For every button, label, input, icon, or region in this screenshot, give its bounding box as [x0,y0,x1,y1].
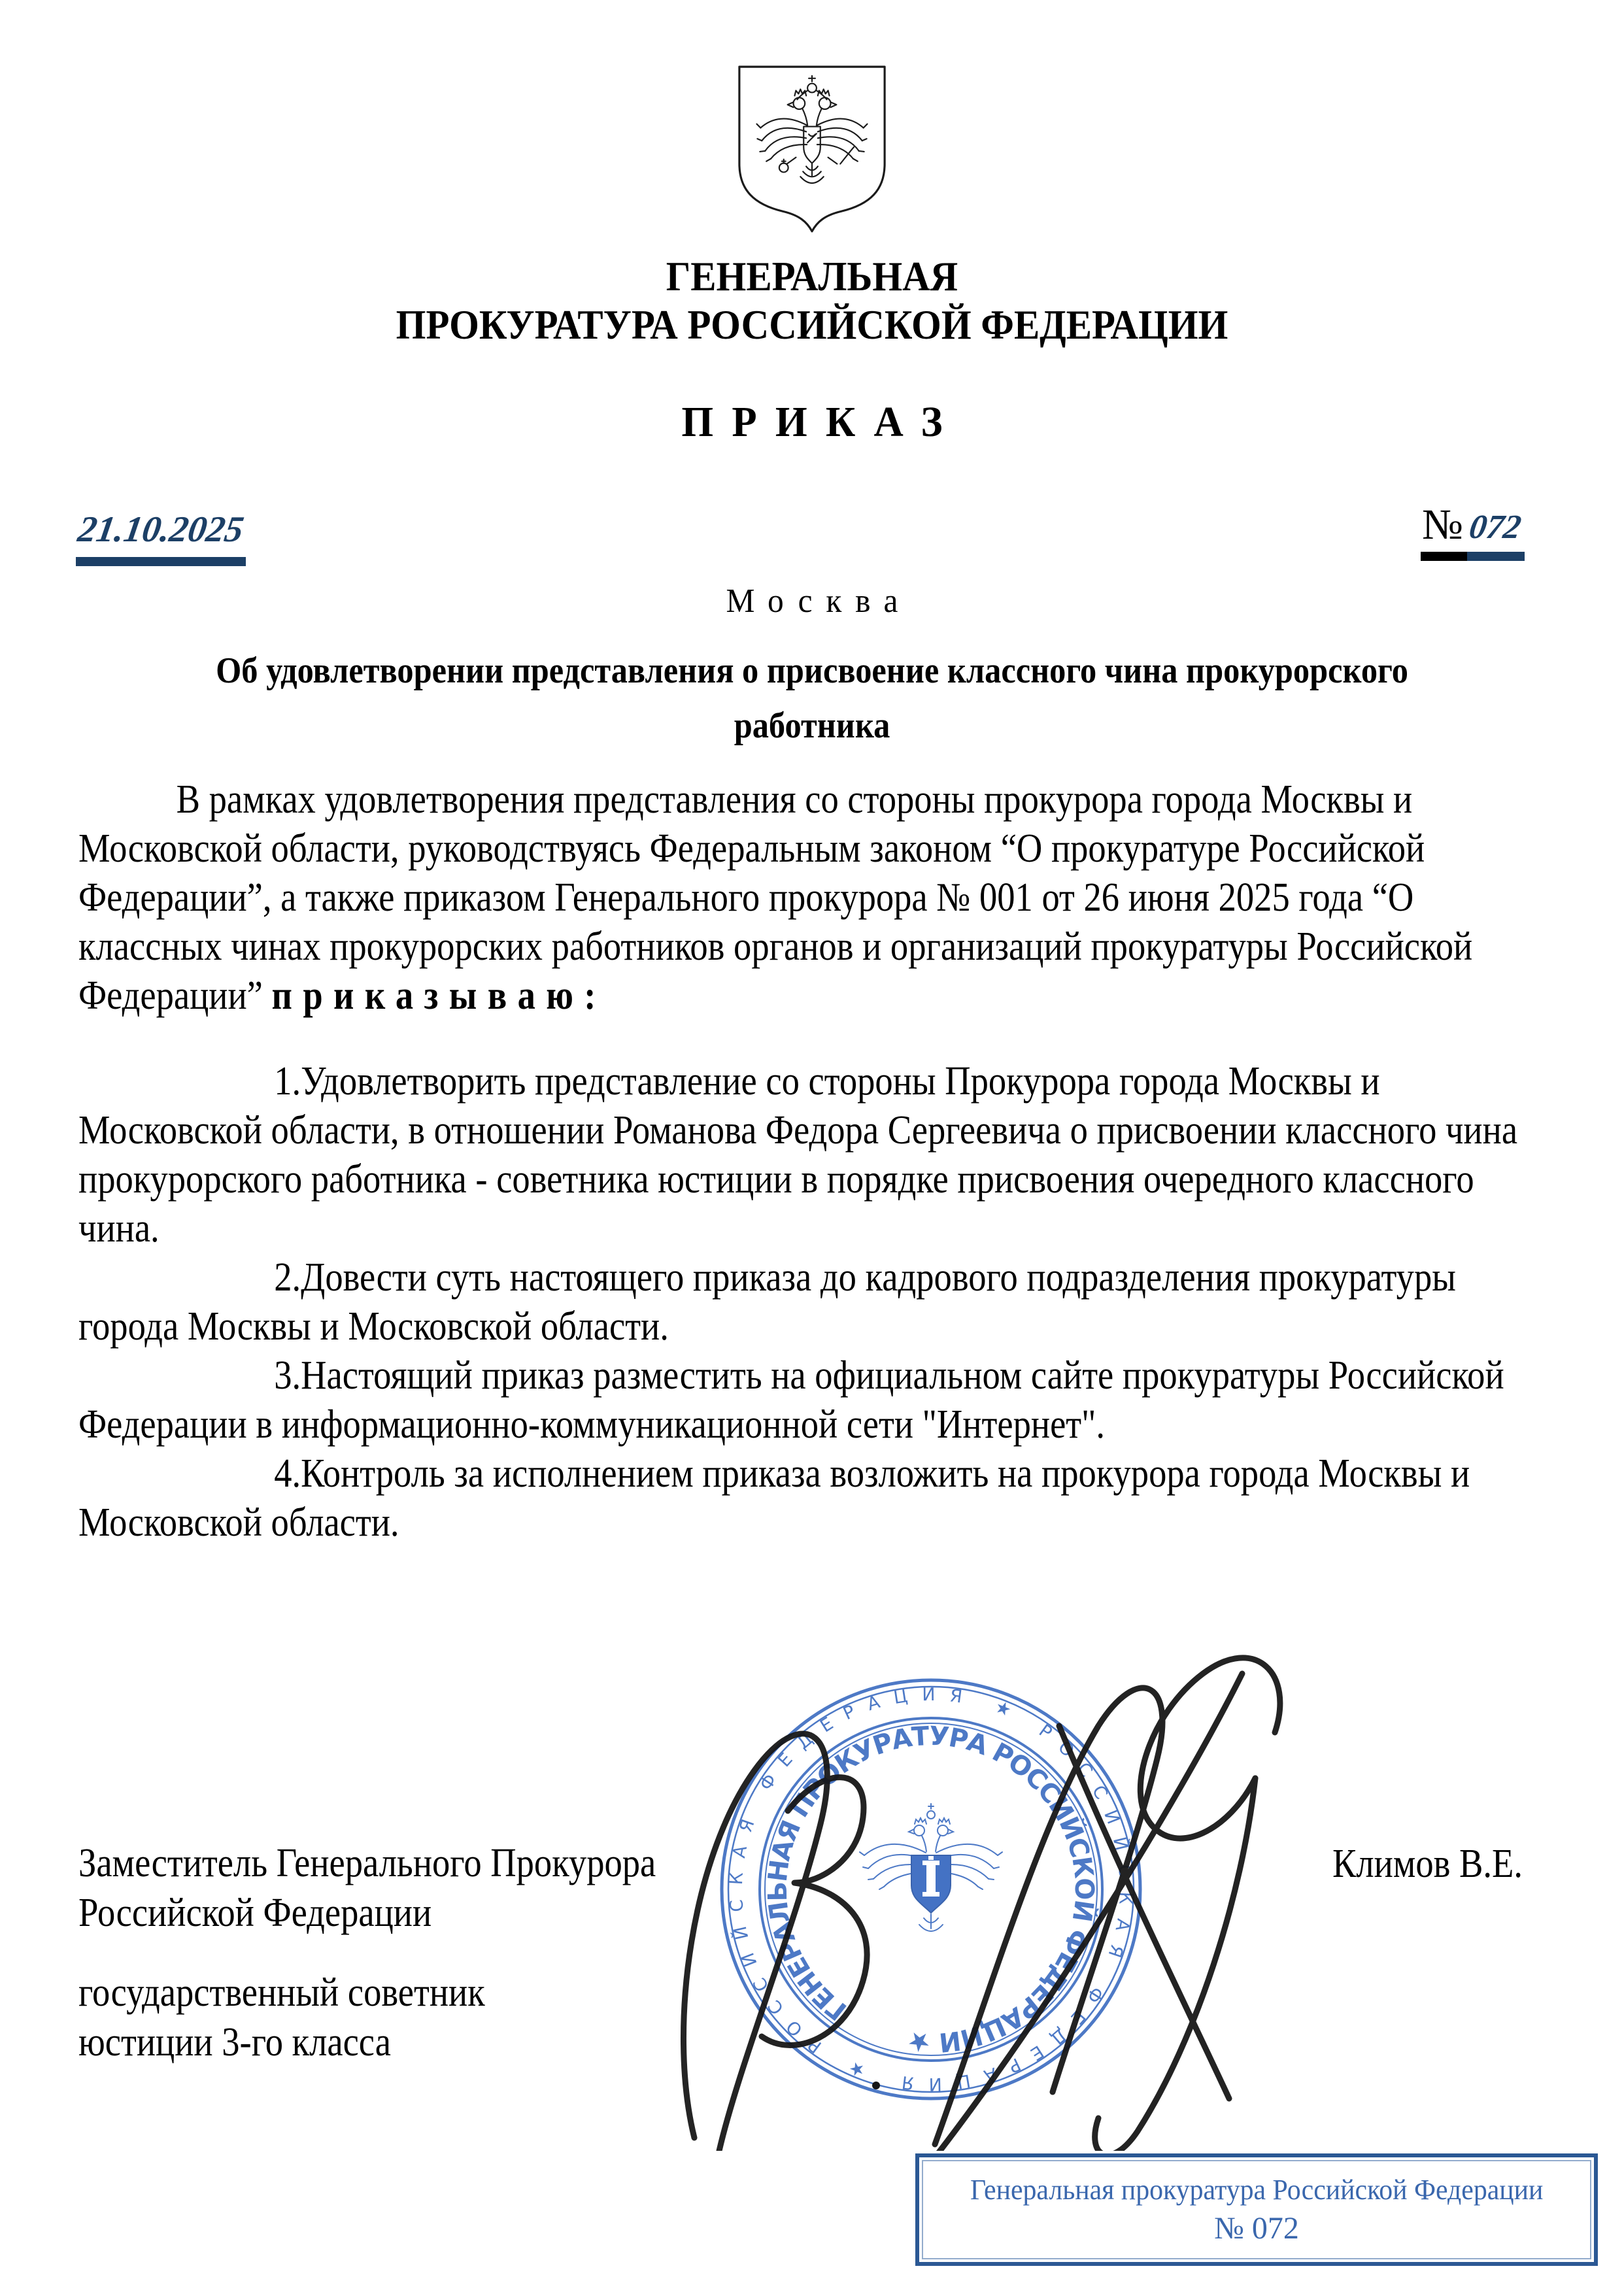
russia-coat-of-arms-icon [735,61,889,237]
number-value: 072 [1467,508,1525,561]
preamble-paragraph: В рамках удовлетворения представления со… [78,775,1524,1020]
number-sign: № [1421,503,1467,561]
subject-line1: Об удовлетворении представления о присво… [81,643,1543,698]
document-body: В рамках удовлетворения представления со… [78,775,1524,1547]
item-number: 2. [177,1253,301,1302]
number-field: № 072 [1421,503,1525,561]
city-line: Москва [41,582,1583,620]
org-name-line2: ПРОКУРАТУРА РОССИЙСКОЙ ФЕДЕРАЦИИ [65,301,1559,349]
registration-org-line: Генеральная прокуратура Российской Федер… [970,2173,1543,2206]
item-number: 3. [177,1351,301,1400]
order-item: 2.Довести суть настоящего приказа до кад… [78,1253,1524,1351]
signatory-name: Климов В.Е. [1332,1841,1523,1887]
date-value: 21.10.2025 [75,509,246,550]
subject-heading: Об удовлетворении представления о присво… [81,643,1543,753]
date-field: 21.10.2025 [76,509,246,566]
item-number: 1. [177,1057,301,1106]
number-digits: 072 [1466,508,1523,547]
subject-line2: работника [81,698,1543,753]
doc-type-title: ПРИКАЗ [41,397,1583,447]
decree-word: приказываю: [272,973,607,1018]
document-page: ГЕНЕРАЛЬНАЯ ПРОКУРАТУРА РОССИЙСКОЙ ФЕДЕР… [0,0,1624,2294]
order-item: 4.Контроль за исполнением приказа возлож… [78,1449,1524,1547]
registration-number-line: № 072 [1214,2210,1299,2246]
registration-stamp-box: Генеральная прокуратура Российской Федер… [915,2153,1598,2266]
order-item: 1.Удовлетворить представление со стороны… [78,1057,1524,1253]
signature-dot [872,2082,880,2089]
order-item: 3.Настоящий приказ разместить на официал… [78,1351,1524,1449]
org-name-line1: ГЕНЕРАЛЬНАЯ [65,252,1559,301]
item-number: 4. [177,1449,301,1498]
handwritten-signature [647,1628,1301,2151]
